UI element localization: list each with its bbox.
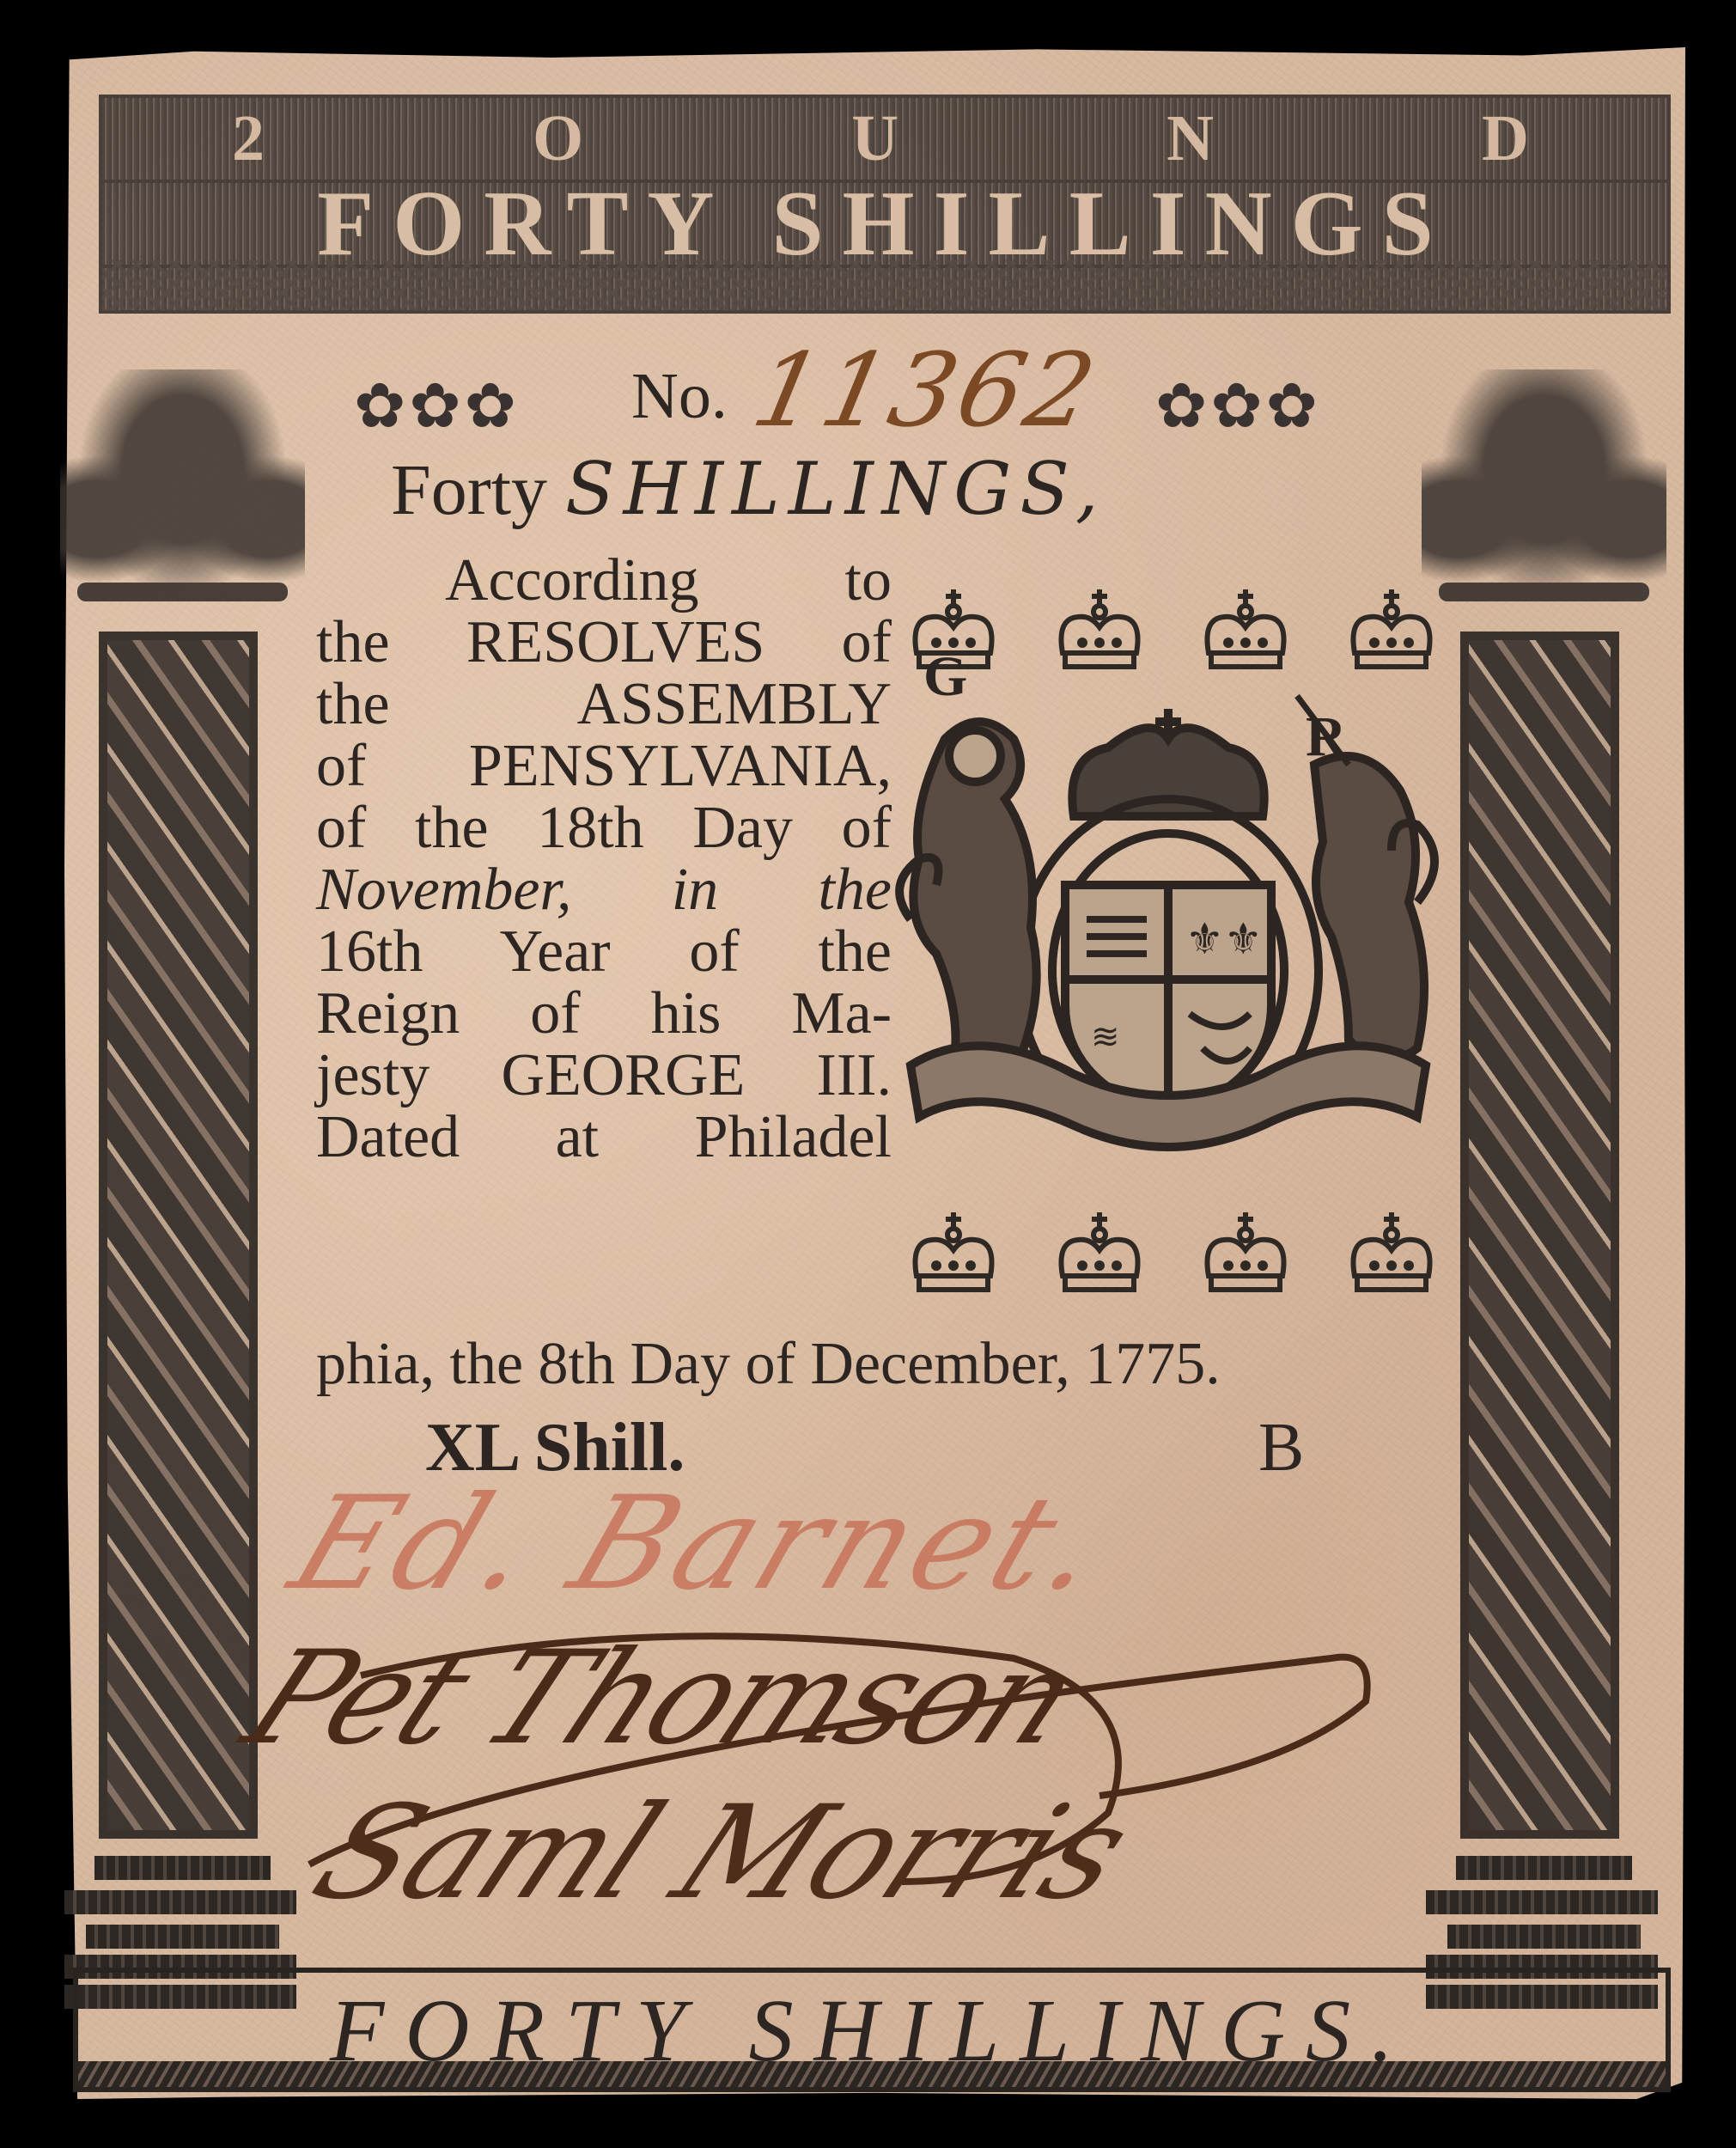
text-line: Dated at Philadel <box>316 1107 892 1169</box>
resolution-text: According to the RESOLVES of the ASSEMBL… <box>316 550 892 1169</box>
svg-text:≋: ≋ <box>1091 1017 1120 1056</box>
column-shaft <box>99 632 258 1839</box>
crown-icon <box>906 1207 1001 1302</box>
footer-title: FORTY SHILLINGS. <box>78 1980 1666 2082</box>
text-line: of the 18th Day of <box>316 797 892 859</box>
rosette-icon: ✿✿✿ <box>1155 369 1321 442</box>
lattice-ornament <box>102 260 1667 310</box>
serial-number: 11362 <box>743 331 1108 449</box>
ornament-letter: O <box>533 101 592 176</box>
royal-coat-of-arms-icon: ⚜⚜ ≋ <box>893 662 1443 1177</box>
text-line: the ASSEMBLY <box>316 674 892 735</box>
crown-icon <box>1052 1207 1147 1302</box>
text-line: November, in the <box>316 859 892 921</box>
text-line: the RESOLVES of <box>316 612 892 674</box>
text-line: According to <box>316 550 892 612</box>
crown-row-bottom <box>906 1207 1439 1302</box>
ornament-letter: N <box>1166 101 1222 176</box>
header-title: FORTY SHILLINGS <box>102 180 1667 268</box>
text-line: Reign of his Ma- <box>316 983 892 1045</box>
denomination-title: Forty SHILLINGS, <box>391 447 1107 532</box>
footer-band: FORTY SHILLINGS. <box>73 1968 1671 2092</box>
header-band: 2 O U N D FORTY SHILLINGS <box>99 95 1671 314</box>
signature-peter-thomson: Pet Thomson <box>222 1624 1099 1773</box>
text-line: 16th Year of the <box>316 921 892 983</box>
ornament-letter: 2 <box>232 101 273 176</box>
text-line: jesty GEORGE III. <box>316 1045 892 1107</box>
signature-samuel-morris: Saml Morris <box>291 1779 1151 1928</box>
crown-icon <box>1198 1207 1293 1302</box>
column-capital-icon <box>1422 369 1666 619</box>
date-line: phia, the 8th Day of December, 1775. <box>316 1330 1221 1399</box>
text-line: of PENSYLVANIA, <box>316 735 892 797</box>
column-shaft <box>1460 632 1619 1839</box>
plate-letter: B <box>1258 1409 1304 1487</box>
ornament-letter: D <box>1482 101 1538 176</box>
crown-icon <box>1344 1207 1439 1302</box>
right-column-ornament <box>1422 369 1666 1847</box>
denomination-script: SHILLINGS, <box>565 447 1107 531</box>
header-ornament-letters: 2 O U N D <box>102 98 1667 180</box>
serial-label: No. <box>631 359 728 434</box>
svg-text:⚜⚜: ⚜⚜ <box>1185 915 1263 963</box>
column-capital-icon <box>60 369 305 619</box>
ornament-letter: U <box>851 101 907 176</box>
signature-red: Ed. Barnet. <box>273 1469 1128 1619</box>
denomination-prefix: Forty <box>391 450 547 530</box>
rosette-icon: ✿✿✿ <box>354 369 520 442</box>
